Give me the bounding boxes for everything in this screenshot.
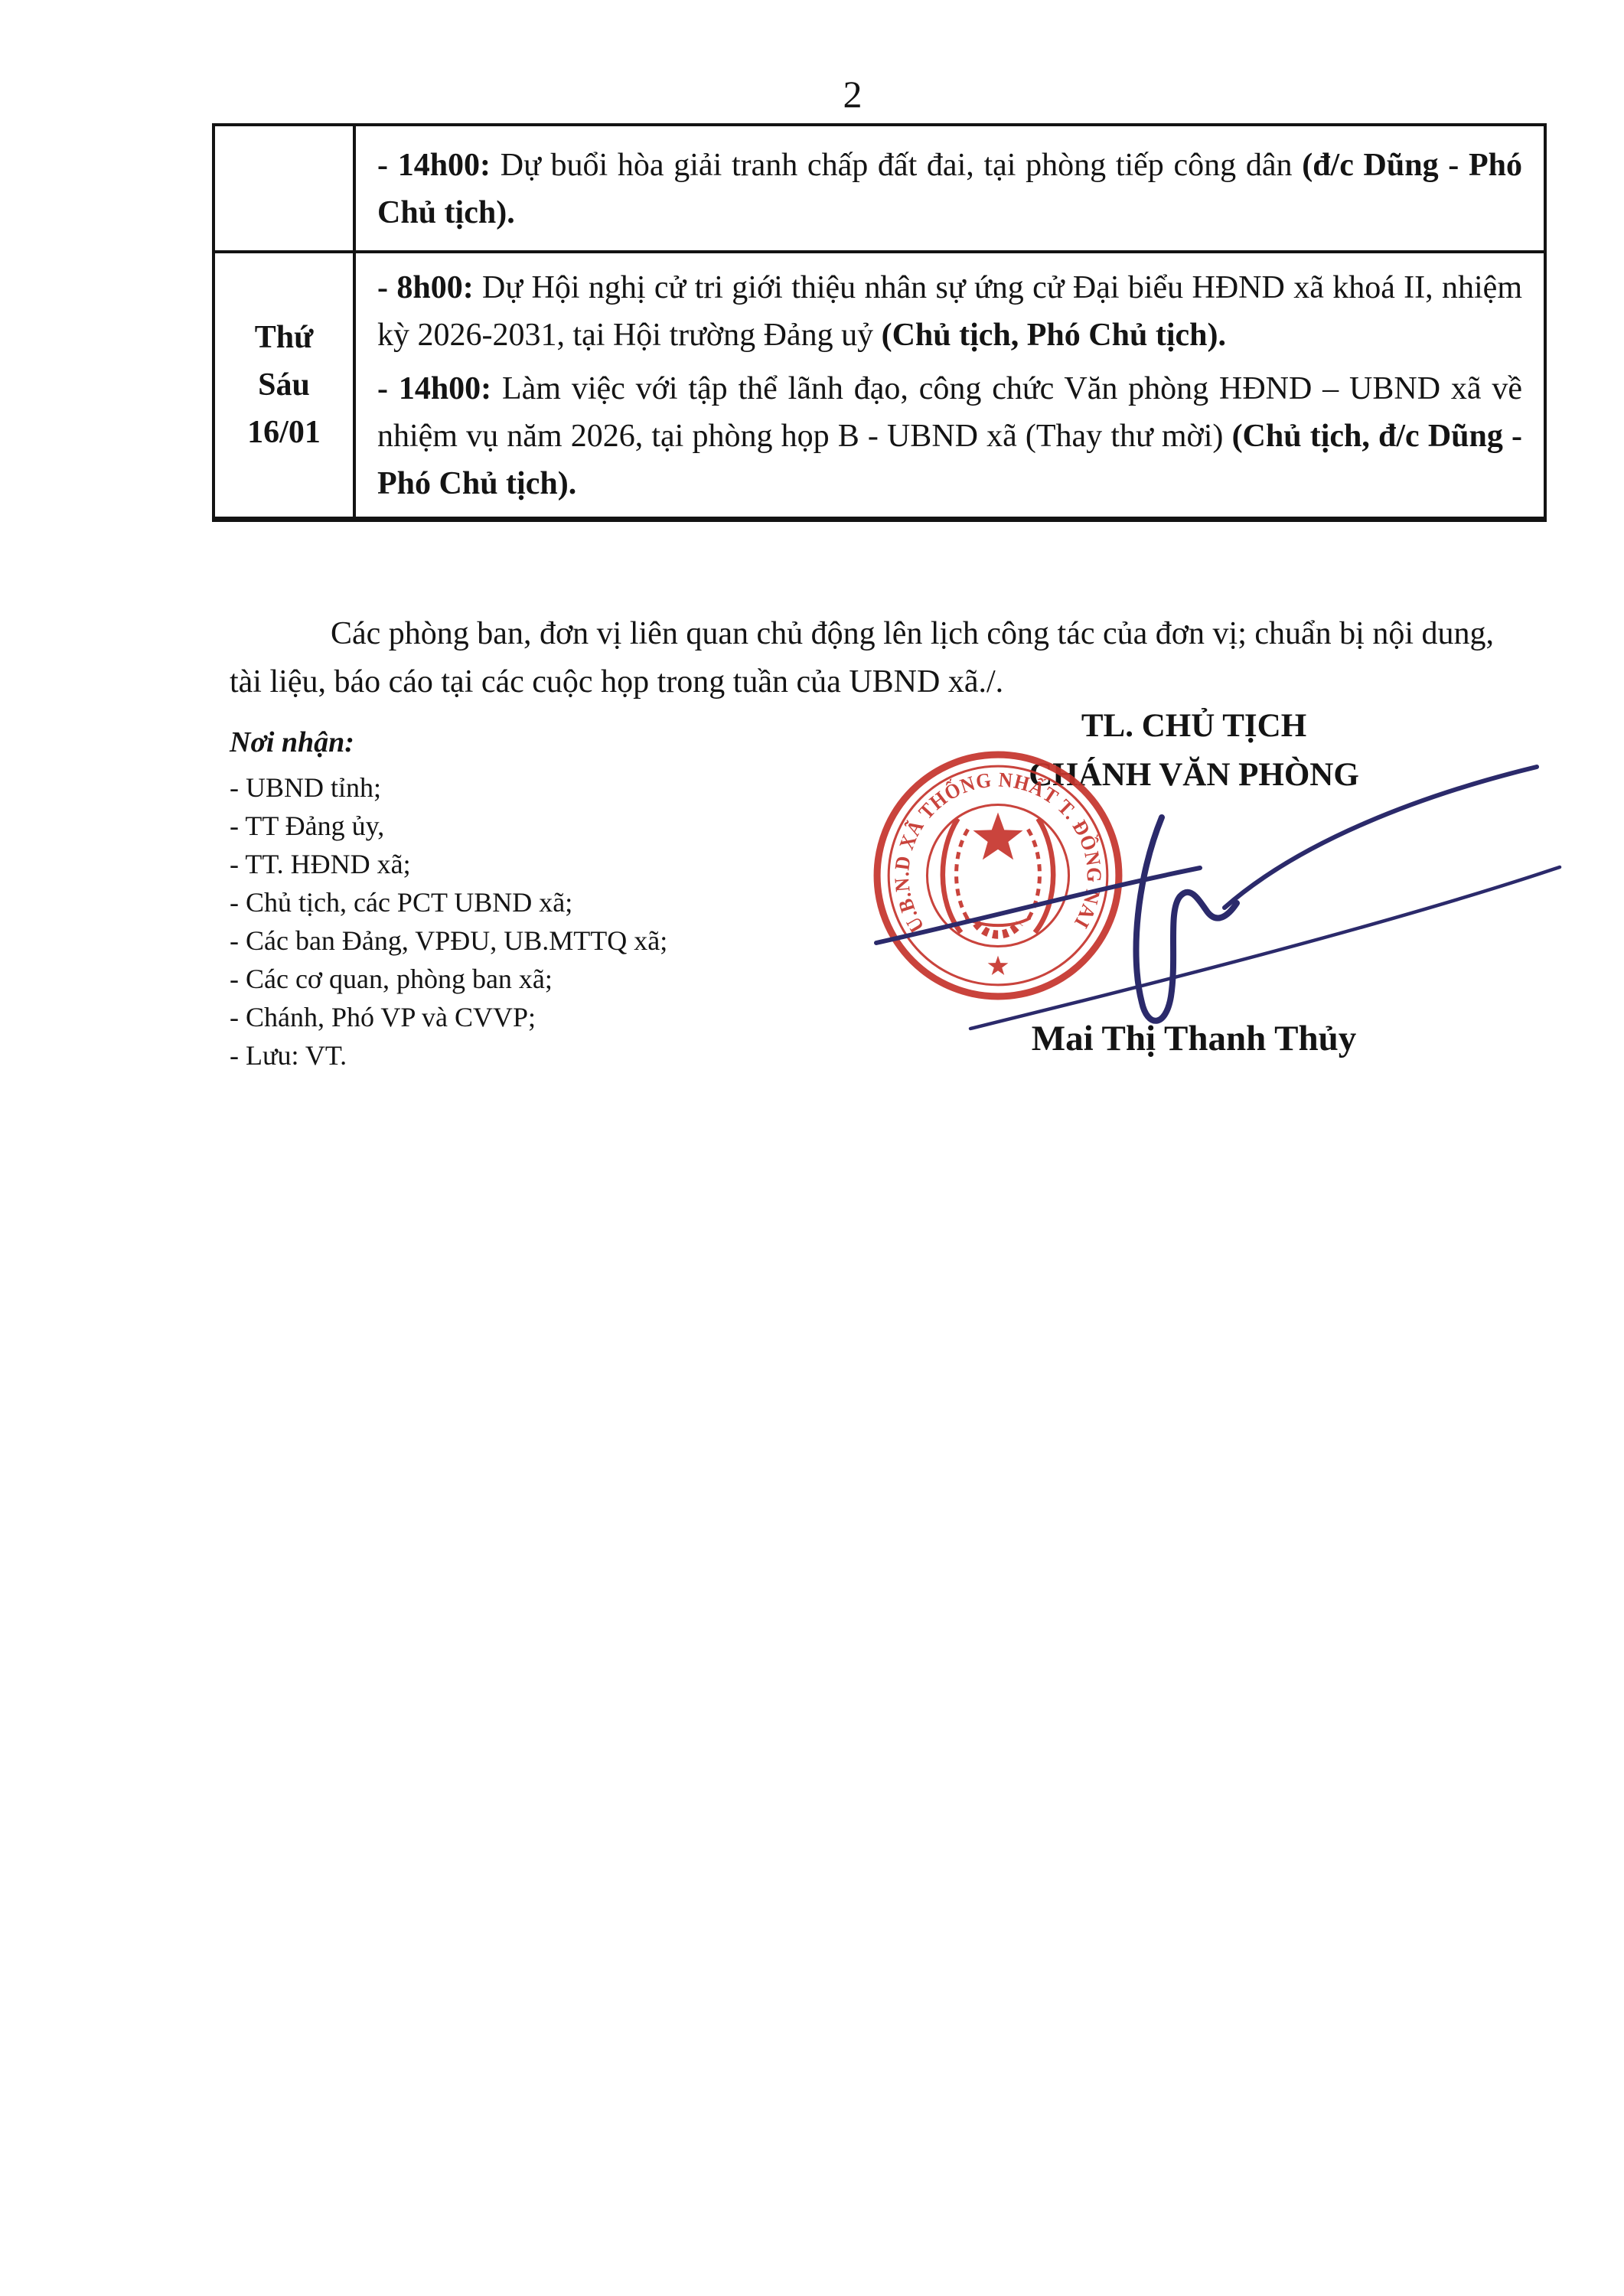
- table-row: - 14h00: Dự buổi hòa giải tranh chấp đất…: [214, 125, 1545, 252]
- recipient-item: - Các ban Đảng, VPĐU, UB.MTTQ xã;: [230, 921, 667, 960]
- day-cell-friday: Thứ Sáu 16/01: [214, 252, 354, 520]
- signer-title: TL. CHỦ TỊCH: [888, 707, 1500, 745]
- day-cell-empty: [214, 125, 354, 252]
- day-line: Thứ: [216, 314, 352, 361]
- signer-name: Mai Thị Thanh Thủy: [888, 1018, 1500, 1059]
- wreath-grains-left: [957, 830, 970, 922]
- table-row: Thứ Sáu 16/01 - 8h00: Dự Hội nghị cử tri…: [214, 252, 1545, 520]
- wreath-grains-right: [1026, 830, 1039, 922]
- seal-ring-text: U.B.N.D XÃ THỐNG NHẤT T. ĐỒNG NAI: [890, 768, 1106, 936]
- entry-time: - 14h00:: [377, 148, 491, 183]
- entries-cell: - 14h00: Dự buổi hòa giải tranh chấp đất…: [354, 125, 1545, 252]
- seal-inner-ring: [889, 766, 1107, 985]
- recipients-list: - UBND tỉnh; - TT Đảng ủy, - TT. HĐND xã…: [230, 768, 667, 1075]
- day-line: Sáu: [216, 361, 352, 409]
- schedule-table: - 14h00: Dự buổi hòa giải tranh chấp đất…: [212, 123, 1547, 522]
- entry-time: - 8h00:: [377, 270, 474, 305]
- schedule-entry: - 14h00: Làm việc với tập thể lãnh đạo, …: [377, 365, 1522, 507]
- recipient-item: - UBND tỉnh;: [230, 768, 667, 807]
- entry-time: - 14h00:: [377, 371, 491, 406]
- recipient-item: - TT. HĐND xã;: [230, 845, 667, 883]
- emblem-star: [973, 813, 1023, 860]
- signature-stroke-loop: [1136, 817, 1237, 1021]
- entry-text: Dự buổi hòa giải tranh chấp đất đai, tại…: [491, 148, 1302, 183]
- recipient-item: - Chánh, Phó VP và CVVP;: [230, 998, 667, 1036]
- recipient-item: - Lưu: VT.: [230, 1036, 667, 1075]
- day-line: 16/01: [216, 409, 352, 456]
- document-page: 2 - 14h00: Dự buổi hòa giải tranh chấp đ…: [0, 0, 1624, 2296]
- seal-bottom-star: [988, 956, 1009, 975]
- entries-cell: - 8h00: Dự Hội nghị cử tri giới thiệu nh…: [354, 252, 1545, 520]
- entry-attendees: (Chủ tịch, Phó Chủ tịch).: [882, 318, 1226, 353]
- schedule-entry: - 8h00: Dự Hội nghị cử tri giới thiệu nh…: [377, 264, 1522, 359]
- schedule-entry: - 14h00: Dự buổi hòa giải tranh chấp đất…: [377, 142, 1522, 236]
- recipient-item: - Chủ tịch, các PCT UBND xã;: [230, 883, 667, 921]
- recipients-label: Nơi nhận:: [230, 726, 354, 759]
- recipient-item: - Các cơ quan, phòng ban xã;: [230, 960, 667, 998]
- recipient-item: - TT Đảng ủy,: [230, 807, 667, 845]
- wreath-left: [943, 819, 961, 933]
- wreath-right: [1035, 819, 1053, 933]
- official-seal: U.B.N.D XÃ THỐNG NHẤT T. ĐỒNG NAI: [867, 745, 1129, 1006]
- seal-ring-text-holder: U.B.N.D XÃ THỐNG NHẤT T. ĐỒNG NAI: [890, 768, 1106, 936]
- closing-paragraph: Các phòng ban, đơn vị liên quan chủ động…: [230, 610, 1494, 706]
- page-number: 2: [825, 72, 880, 116]
